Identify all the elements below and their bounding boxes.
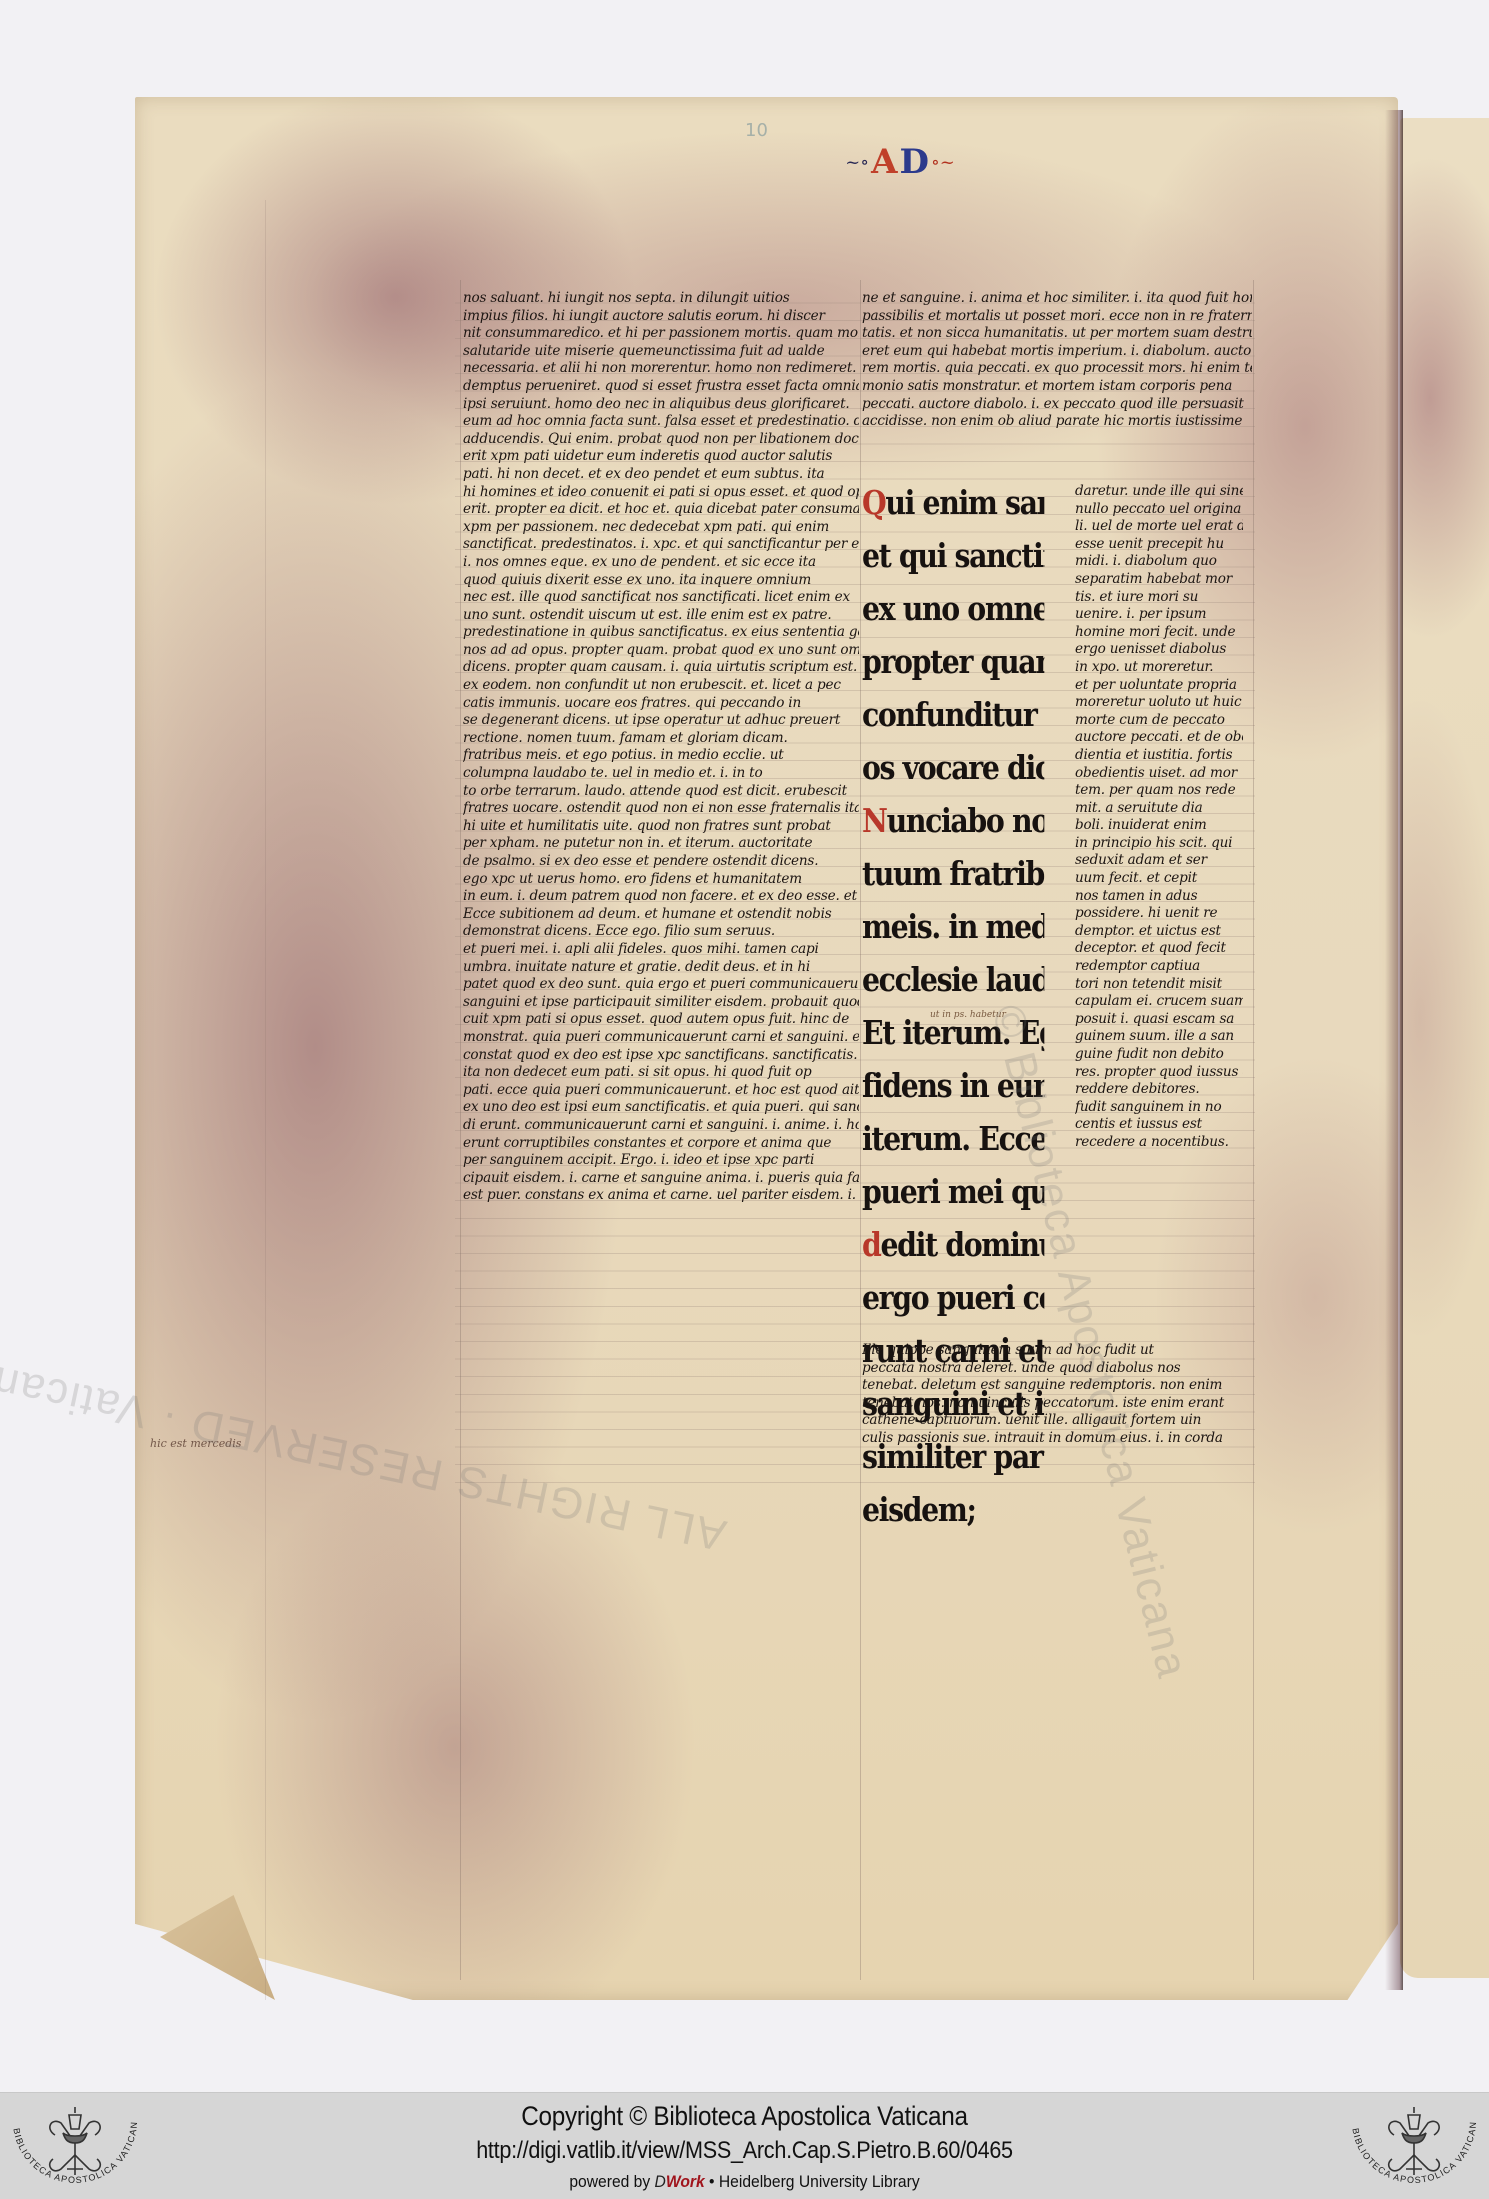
text-line: nec est. ille quod sanctificat nos sanct… (463, 589, 859, 607)
text-line: est puer. constans ex anima et carne. ue… (463, 1187, 859, 1205)
text-line: umbra. inuitate nature et gratie. dedit … (463, 959, 859, 977)
text-line: et qui sanctificatur (862, 529, 1044, 582)
gutter-fold (1385, 110, 1403, 1990)
text-line: mit. a seruitute dia (1075, 800, 1243, 818)
text-line: Qui enim sanctificat (862, 476, 1044, 529)
text-line: li. uel de morte uel erat dira (1075, 518, 1243, 536)
text-line: guinem suum. ille a san (1075, 1028, 1243, 1046)
ruling-vertical (1253, 280, 1254, 1980)
ruling-vertical (265, 200, 266, 2000)
text-line: homine mori fecit. unde (1075, 624, 1243, 642)
footer-bar: BIBLIOTECA APOSTOLICA VATICANA BIBLIOTEC… (0, 2092, 1489, 2199)
text-line: pueri mei quos mihi (862, 1165, 1044, 1218)
text-line: passibilis et mortalis ut posset mori. e… (862, 308, 1252, 326)
text-line: in xpo. ut moreretur. (1075, 659, 1243, 677)
text-line: dicens. propter quam causam. i. quia uir… (463, 659, 859, 677)
text-line: i. nos omnes eque. ex uno de pendent. et… (463, 554, 859, 572)
text-line: redemptor captiua (1075, 958, 1243, 976)
text-line: demptor. et uictus est (1075, 923, 1243, 941)
text-line: monio satis monstratur. et mortem istam … (862, 378, 1252, 396)
powered-by-line: powered by DWork • Heidelberg University… (60, 2172, 1430, 2192)
text-line: uenire. i. per ipsum (1075, 606, 1243, 624)
text-line: midi. i. diabolum quo (1075, 553, 1243, 571)
text-line: Ille quippe sanguinem suum ad hoc fudit … (862, 1342, 1252, 1360)
text-line: hi homines et ideo conuenit ei pati si o… (463, 484, 859, 502)
text-line: cipauit eisdem. i. carne et sanguine ani… (463, 1170, 859, 1188)
adjacent-folio-edge (1400, 118, 1489, 1978)
text-line: obedientis uiset. ad mor (1075, 765, 1243, 783)
text-line: tuum fratribus (862, 847, 1044, 900)
text-line: dientia et iustitia. fortis (1075, 747, 1243, 765)
text-line: se degenerant dicens. ut ipse operatur u… (463, 712, 859, 730)
text-line: Ecce subitionem ad deum. et humane et os… (463, 906, 859, 924)
text-line: uum fecit. et cepit (1075, 870, 1243, 888)
dwork-brand[interactable]: DWork (655, 2172, 705, 2191)
right-gloss-bottom: Ille quippe sanguinem suum ad hoc fudit … (862, 1342, 1252, 1448)
copyright-notice: Copyright © Biblioteca Apostolica Vatica… (74, 2101, 1414, 2132)
text-line: os vocare dicens (862, 741, 1044, 794)
text-line: tori non tetendit misit (1075, 976, 1243, 994)
text-line: et pueri mei. i. apli alii fideles. quos… (463, 941, 859, 959)
text-line: necessaria. et alii hi non morerentur. h… (463, 360, 859, 378)
text-line: ego xpc ut uerus homo. ero fidens et hum… (463, 871, 859, 889)
scan-image-area: 10 ~∘ A D ∘~ nos saluant. hi iungit nos … (0, 0, 1489, 2092)
right-gloss-top: ne et sanguine. i. anima et hoc similite… (862, 290, 1252, 431)
text-line: impius filios. hi iungit auctore salutis… (463, 308, 859, 326)
running-head-letter-a: A (871, 145, 897, 179)
text-line: pati. hi non decet. et ex deo pendet et … (463, 466, 859, 484)
text-line: nos ad ad opus. propter quam. probat quo… (463, 642, 859, 660)
text-line: auctore peccati. et de obe (1075, 729, 1243, 747)
text-line: adducendis. Qui enim. probat quod non pe… (463, 431, 859, 449)
text-line: confunditur fratres e (862, 688, 1044, 741)
text-line: per sanguinem accipit. Ergo. i. ideo et … (463, 1152, 859, 1170)
right-gloss-narrow: daretur. unde ille qui sinenullo peccato… (1075, 483, 1243, 1152)
text-line: propter quam causam non (862, 635, 1044, 688)
text-line: nit consummaredico. et hi per passionem … (463, 325, 859, 343)
powered-suffix: • Heidelberg University Library (705, 2172, 920, 2191)
text-line: rem mortis. quia peccati. ex quo process… (862, 360, 1252, 378)
text-line: morte cum de peccato (1075, 712, 1243, 730)
text-line: per xpham. ne putetur non in. et iterum.… (463, 835, 859, 853)
text-line: to orbe terrarum. laudo. attende quod es… (463, 783, 859, 801)
text-line: ipsi seruiunt. homo deo nec in aliquibus… (463, 396, 859, 414)
text-line: columpna laudabo te. uel in medio et. i.… (463, 765, 859, 783)
text-line: demonstrat dicens. Ecce ego. filio sum s… (463, 923, 859, 941)
text-line: patet quod ex deo sunt. quia ergo et pue… (463, 976, 859, 994)
dwork-d: D (655, 2172, 666, 2191)
text-line: ergo pueri communicaue (862, 1271, 1044, 1324)
text-line: fratres uocare. ostendit quod non ei non… (463, 800, 859, 818)
flourish-right: ∘~ (931, 152, 955, 173)
left-gloss-column: nos saluant. hi iungit nos septa. in dil… (463, 290, 859, 1205)
text-line: culis passionis sue. intrauit in domum e… (862, 1430, 1252, 1448)
text-line: centis et iussus est (1075, 1116, 1243, 1134)
text-line: in principio his scit. qui (1075, 835, 1243, 853)
interlinear-note: ut in ps. habetur (930, 1010, 1006, 1020)
text-line: rectione. nomen tuum. famam et gloriam d… (463, 730, 859, 748)
text-line: Nunciabo nomen (862, 794, 1044, 847)
ruling-vertical (460, 280, 461, 1980)
text-line: monstrat. quia pueri communicauerunt car… (463, 1029, 859, 1047)
text-line: fidens in eum. Et (862, 1059, 1044, 1112)
text-line: guine fudit non debito (1075, 1046, 1243, 1064)
text-line: sanguini et ipse participauit similiter … (463, 994, 859, 1012)
text-line: constat quod ex deo est ipse xpc sanctif… (463, 1047, 859, 1065)
text-line: eum ad hoc omnia facta sunt. falsa esset… (463, 413, 859, 431)
text-line: ecclesie laudabo te (862, 953, 1044, 1006)
text-line: nos saluant. hi iungit nos septa. in dil… (463, 290, 859, 308)
text-line: sanctificat. predestinatos. i. xpc. et q… (463, 536, 859, 554)
running-head: ~∘ A D ∘~ (790, 140, 1010, 184)
rubricated-initial: Q (862, 483, 885, 522)
text-line: uno sunt. ostendit uiscum ut est. ille e… (463, 607, 859, 625)
ruling-vertical (860, 280, 861, 1980)
text-line: seduxit adam et ser (1075, 852, 1243, 870)
text-line: tenebat. deletum est sanguine redemptori… (862, 1377, 1252, 1395)
text-line: cuit xpm pati si opus esset. quod autem … (463, 1011, 859, 1029)
text-line: et per uoluntate propria (1075, 677, 1243, 695)
text-line: fudit sanguinem in no (1075, 1099, 1243, 1117)
powered-prefix: powered by (569, 2172, 654, 2191)
dwork-work: Work (666, 2172, 705, 2191)
text-line: tis. et iure mori su (1075, 589, 1243, 607)
text-line: ex uno omnes. P (862, 582, 1044, 635)
text-line: deceptor. et quod fecit (1075, 940, 1243, 958)
text-line: possidere. hi uenit re (1075, 905, 1243, 923)
folio-pencil-number: 10 (745, 120, 768, 141)
text-line: peccata nostra deleret. unde quod diabol… (862, 1360, 1252, 1378)
text-line: recedere a nocentibus. (1075, 1134, 1243, 1152)
text-line: erit xpm pati uidetur eum inderetis quod… (463, 448, 859, 466)
text-line: separatim habebat mor (1075, 571, 1243, 589)
text-line: res. propter quod iussus est. (1075, 1064, 1243, 1082)
text-line: erit. propter ea dicit. et hoc et. quia … (463, 501, 859, 519)
text-line: capulam ei. crucem suam. (1075, 993, 1243, 1011)
text-line: pati. ecce quia pueri communicauerunt. e… (463, 1082, 859, 1100)
rubricated-initial: d (862, 1225, 880, 1264)
text-line: moreretur uoluto ut huic (1075, 694, 1243, 712)
text-line: accidisse. non enim ob aliud parate hic … (862, 413, 1252, 431)
text-line: di erunt. communicauerunt carni et sangu… (463, 1117, 859, 1135)
text-line: nos tamen in adus (1075, 888, 1243, 906)
text-line: ne et sanguine. i. anima et hoc similite… (862, 290, 1252, 308)
text-line: ex uno deo est ipsi eum sanctificatis. e… (463, 1099, 859, 1117)
text-line: ita non dedecet eum pati. si sit opus. h… (463, 1064, 859, 1082)
text-line: salutaride uite miserie quemeunctissima … (463, 343, 859, 361)
rubricated-initial: N (862, 801, 887, 840)
text-line: meis. in medio (862, 900, 1044, 953)
text-line: tenebat nos. non uinculis peccatorum. is… (862, 1395, 1252, 1413)
text-line: ergo uenisset diabolus (1075, 641, 1243, 659)
text-line: esse uenit precepit hu (1075, 536, 1243, 554)
text-line: eisdem; (862, 1483, 1044, 1536)
text-line: hi uite et humilitatis uite. quod non fr… (463, 818, 859, 836)
text-line: tatis. et non sicca humanitatis. ut per … (862, 325, 1252, 343)
text-line: tem. per quam nos rede (1075, 782, 1243, 800)
text-line: nullo peccato uel origina (1075, 501, 1243, 519)
running-head-letter-d: D (899, 145, 928, 179)
text-line: cathene captiuorum. uenit ille. alligaui… (862, 1412, 1252, 1430)
text-line: in eum. i. deum patrem quod non facere. … (463, 888, 859, 906)
text-line: daretur. unde ille qui sine (1075, 483, 1243, 501)
text-line: ex eodem. non confundit ut non erubescit… (463, 677, 859, 695)
text-line: dedit dominus. Quia (862, 1218, 1044, 1271)
flourish-left: ~∘ (845, 152, 869, 173)
text-line: quod quiuis dixerit esse ex uno. ita inq… (463, 572, 859, 590)
permalink-url[interactable]: http://digi.vatlib.it/view/MSS_Arch.Cap.… (74, 2137, 1414, 2165)
text-line: predestinatione in quibus sanctificatus.… (463, 624, 859, 642)
text-line: reddere debitores. (1075, 1081, 1243, 1099)
text-line: erunt corruptibiles constantes et corpor… (463, 1135, 859, 1153)
text-line: eret eum qui habebat mortis imperium. i.… (862, 343, 1252, 361)
text-line: de psalmo. si ex deo esse et pendere ost… (463, 853, 859, 871)
text-line: iterum. Ecce ego et (862, 1112, 1044, 1165)
text-line: boli. inuiderat enim (1075, 817, 1243, 835)
text-line: peccati. auctore diabolo. i. ex peccato … (862, 396, 1252, 414)
text-line: xpm per passionem. nec dedecebat xpm pat… (463, 519, 859, 537)
text-line: posuit i. quasi escam sa (1075, 1011, 1243, 1029)
marginal-note: hic est mercedis (150, 1437, 241, 1450)
text-line: demptus perueniret. quod si esset frustr… (463, 378, 859, 396)
text-line: fratribus meis. et ego potius. in medio … (463, 747, 859, 765)
text-line: catis immunis. uocare eos fratres. qui p… (463, 695, 859, 713)
